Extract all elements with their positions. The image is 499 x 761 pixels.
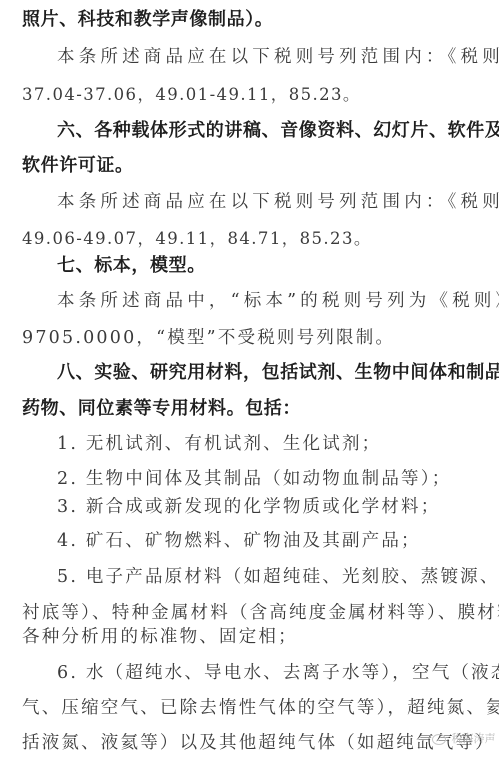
list-item-6: 6. 水（超纯水、导电水、去离子水等），空气（液态空 [57, 662, 499, 684]
list-item-5-cont: 各种分析用的标准物、固定相； [22, 626, 298, 648]
tariff-code-line: 37.04-37.06，49.01-49.11，85.23。 [22, 84, 361, 106]
list-item-6-cont: 括液氮、液氦等）以及其他超纯气体（如超纯氙气等） [22, 732, 495, 754]
paragraph-line: 照片、科技和教学声像制品）。 [22, 9, 273, 31]
section-heading-six-cont: 软件许可证。 [22, 155, 134, 177]
section-heading-seven: 七、标本，模型。 [57, 255, 206, 277]
section-heading-eight-cont: 药物、同位素等专用材料。包括： [22, 398, 301, 420]
list-item-1: 1. 无机试剂、有机试剂、生化试剂； [57, 433, 381, 455]
tariff-code-line: 49.06-49.07，49.11，84.71，85.23。 [22, 228, 372, 250]
list-item-5-cont: 衬底等）、特种金属材料（含高纯度金属材料等）、膜材料， [22, 602, 499, 624]
paragraph-line: 本条所述商品中，“标本”的税则号列为《税则》 [57, 290, 499, 312]
list-item-4: 4. 矿石、矿物燃料、矿物油及其副产品； [57, 530, 421, 552]
list-item-2: 2. 生物中间体及其制品（如动物血制品等）； [57, 468, 451, 490]
section-heading-eight: 八、实验、研究用材料，包括试剂、生物中间体和制品、 [57, 362, 499, 384]
list-item-6-cont: 气、压缩空气、已除去惰性气体的空气等），超纯氮、氦（包 [22, 697, 499, 719]
tariff-code-line: 9705.0000，“模型”不受税则号列限制。 [22, 327, 395, 349]
section-heading-six: 六、各种载体形式的讲稿、音像资料、幻灯片、软件及 [57, 120, 499, 142]
paragraph-line: 本条所述商品应在以下税则号列范围内：《税则》 [57, 46, 499, 68]
watermark-text: 税海涛声 [452, 732, 496, 745]
list-item-5: 5. 电子产品原材料（如超纯硅、光刻胶、蒸镀源、靶材、 [57, 566, 499, 588]
watermark: 税海涛声 [432, 730, 496, 746]
paragraph-line: 本条所述商品应在以下税则号列范围内：《税则》 [57, 191, 499, 213]
wechat-icon [432, 734, 446, 745]
list-item-3: 3. 新合成或新发现的化学物质或化学材料； [57, 496, 440, 518]
